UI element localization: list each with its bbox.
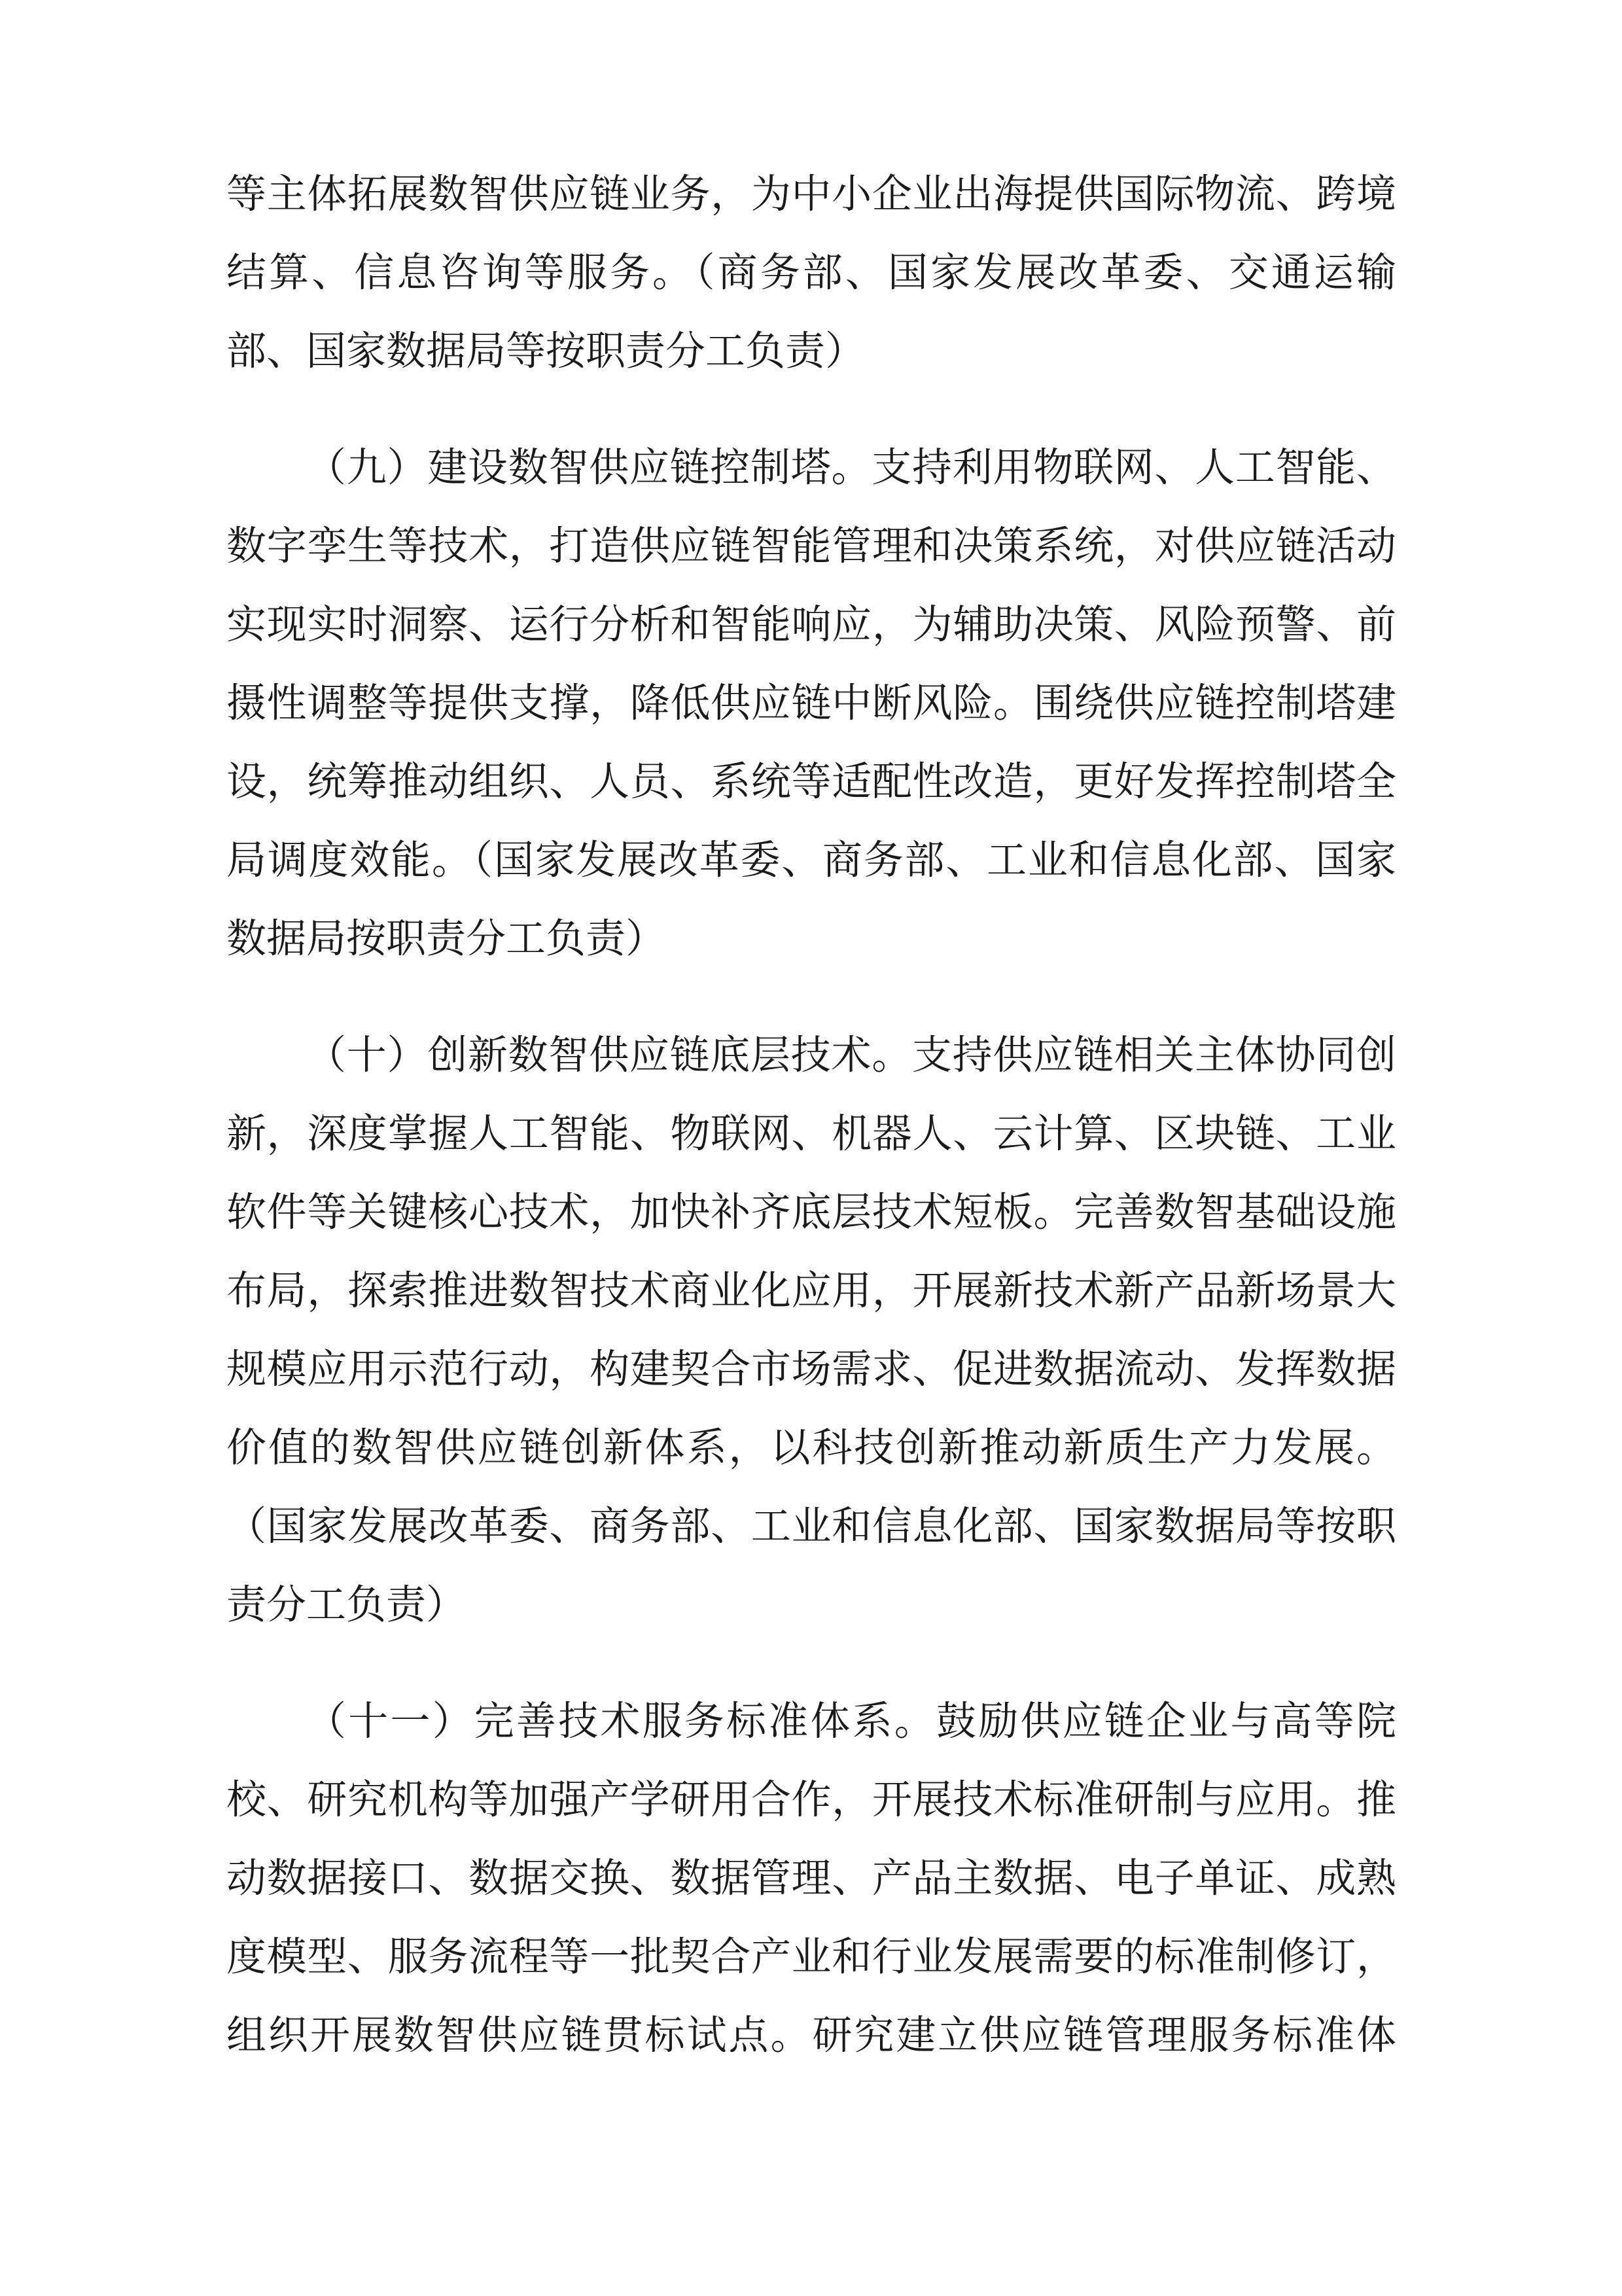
text-line: 设，统筹推动组织、人员、系统等适配性改造，更好发挥控制塔全 bbox=[226, 743, 1396, 822]
para-item-9: （九）建设数智供应链控制塔。支持利用物联网、人工智能、数字孪生等技术，打造供应链… bbox=[226, 429, 1396, 979]
text-line: 价值的数智供应链创新体系，以科技创新推动新质生产力发展。 bbox=[226, 1409, 1396, 1488]
text-line: 责分工负责） bbox=[226, 1566, 1396, 1645]
text-line: 软件等关键核心技术，加快补齐底层技术短板。完善数智基础设施 bbox=[226, 1174, 1396, 1252]
text-line: （九）建设数智供应链控制塔。支持利用物联网、人工智能、 bbox=[226, 429, 1396, 508]
para-item-10: （十）创新数智供应链底层技术。支持供应链相关主体协同创新，深度掌握人工智能、物联… bbox=[226, 1017, 1396, 1645]
text-line: 新，深度掌握人工智能、物联网、机器人、云计算、区块链、工业 bbox=[226, 1095, 1396, 1174]
text-line: 规模应用示范行动，构建契合市场需求、促进数据流动、发挥数据 bbox=[226, 1331, 1396, 1409]
text-line: 实现实时洞察、运行分析和智能响应，为辅助决策、风险预警、前 bbox=[226, 586, 1396, 665]
document-body: 等主体拓展数智供应链业务，为中小企业出海提供国际物流、跨境结算、信息咨询等服务。… bbox=[226, 156, 1396, 2075]
text-line: 校、研究机构等加强产学研用合作，开展技术标准研制与应用。推 bbox=[226, 1761, 1396, 1840]
document-page: 等主体拓展数智供应链业务，为中小企业出海提供国际物流、跨境结算、信息咨询等服务。… bbox=[0, 0, 1622, 2296]
text-line: 摄性调整等提供支撑，降低供应链中断风险。围绕供应链控制塔建 bbox=[226, 665, 1396, 743]
text-line: 数字孪生等技术，打造供应链智能管理和决策系统，对供应链活动 bbox=[226, 508, 1396, 586]
text-line: 布局，探索推进数智技术商业化应用，开展新技术新产品新场景大 bbox=[226, 1252, 1396, 1331]
para-continuation-from-previous-page: 等主体拓展数智供应链业务，为中小企业出海提供国际物流、跨境结算、信息咨询等服务。… bbox=[226, 156, 1396, 391]
text-line: （十一）完善技术服务标准体系。鼓励供应链企业与高等院 bbox=[226, 1683, 1396, 1761]
text-line: 组织开展数智供应链贯标试点。研究建立供应链管理服务标准体 bbox=[226, 1997, 1396, 2075]
text-line: 局调度效能。（国家发展改革委、商务部、工业和信息化部、国家 bbox=[226, 822, 1396, 900]
text-line: 数据局按职责分工负责） bbox=[226, 900, 1396, 979]
text-line: 结算、信息咨询等服务。（商务部、国家发展改革委、交通运输 bbox=[226, 234, 1396, 313]
text-line: （国家发展改革委、商务部、工业和信息化部、国家数据局等按职 bbox=[226, 1488, 1396, 1566]
para-item-11: （十一）完善技术服务标准体系。鼓励供应链企业与高等院校、研究机构等加强产学研用合… bbox=[226, 1683, 1396, 2075]
text-line: 部、国家数据局等按职责分工负责） bbox=[226, 313, 1396, 391]
text-line: 动数据接口、数据交换、数据管理、产品主数据、电子单证、成熟 bbox=[226, 1840, 1396, 1918]
text-line: 等主体拓展数智供应链业务，为中小企业出海提供国际物流、跨境 bbox=[226, 156, 1396, 234]
text-line: 度模型、服务流程等一批契合产业和行业发展需要的标准制修订， bbox=[226, 1918, 1396, 1997]
text-line: （十）创新数智供应链底层技术。支持供应链相关主体协同创 bbox=[226, 1017, 1396, 1095]
